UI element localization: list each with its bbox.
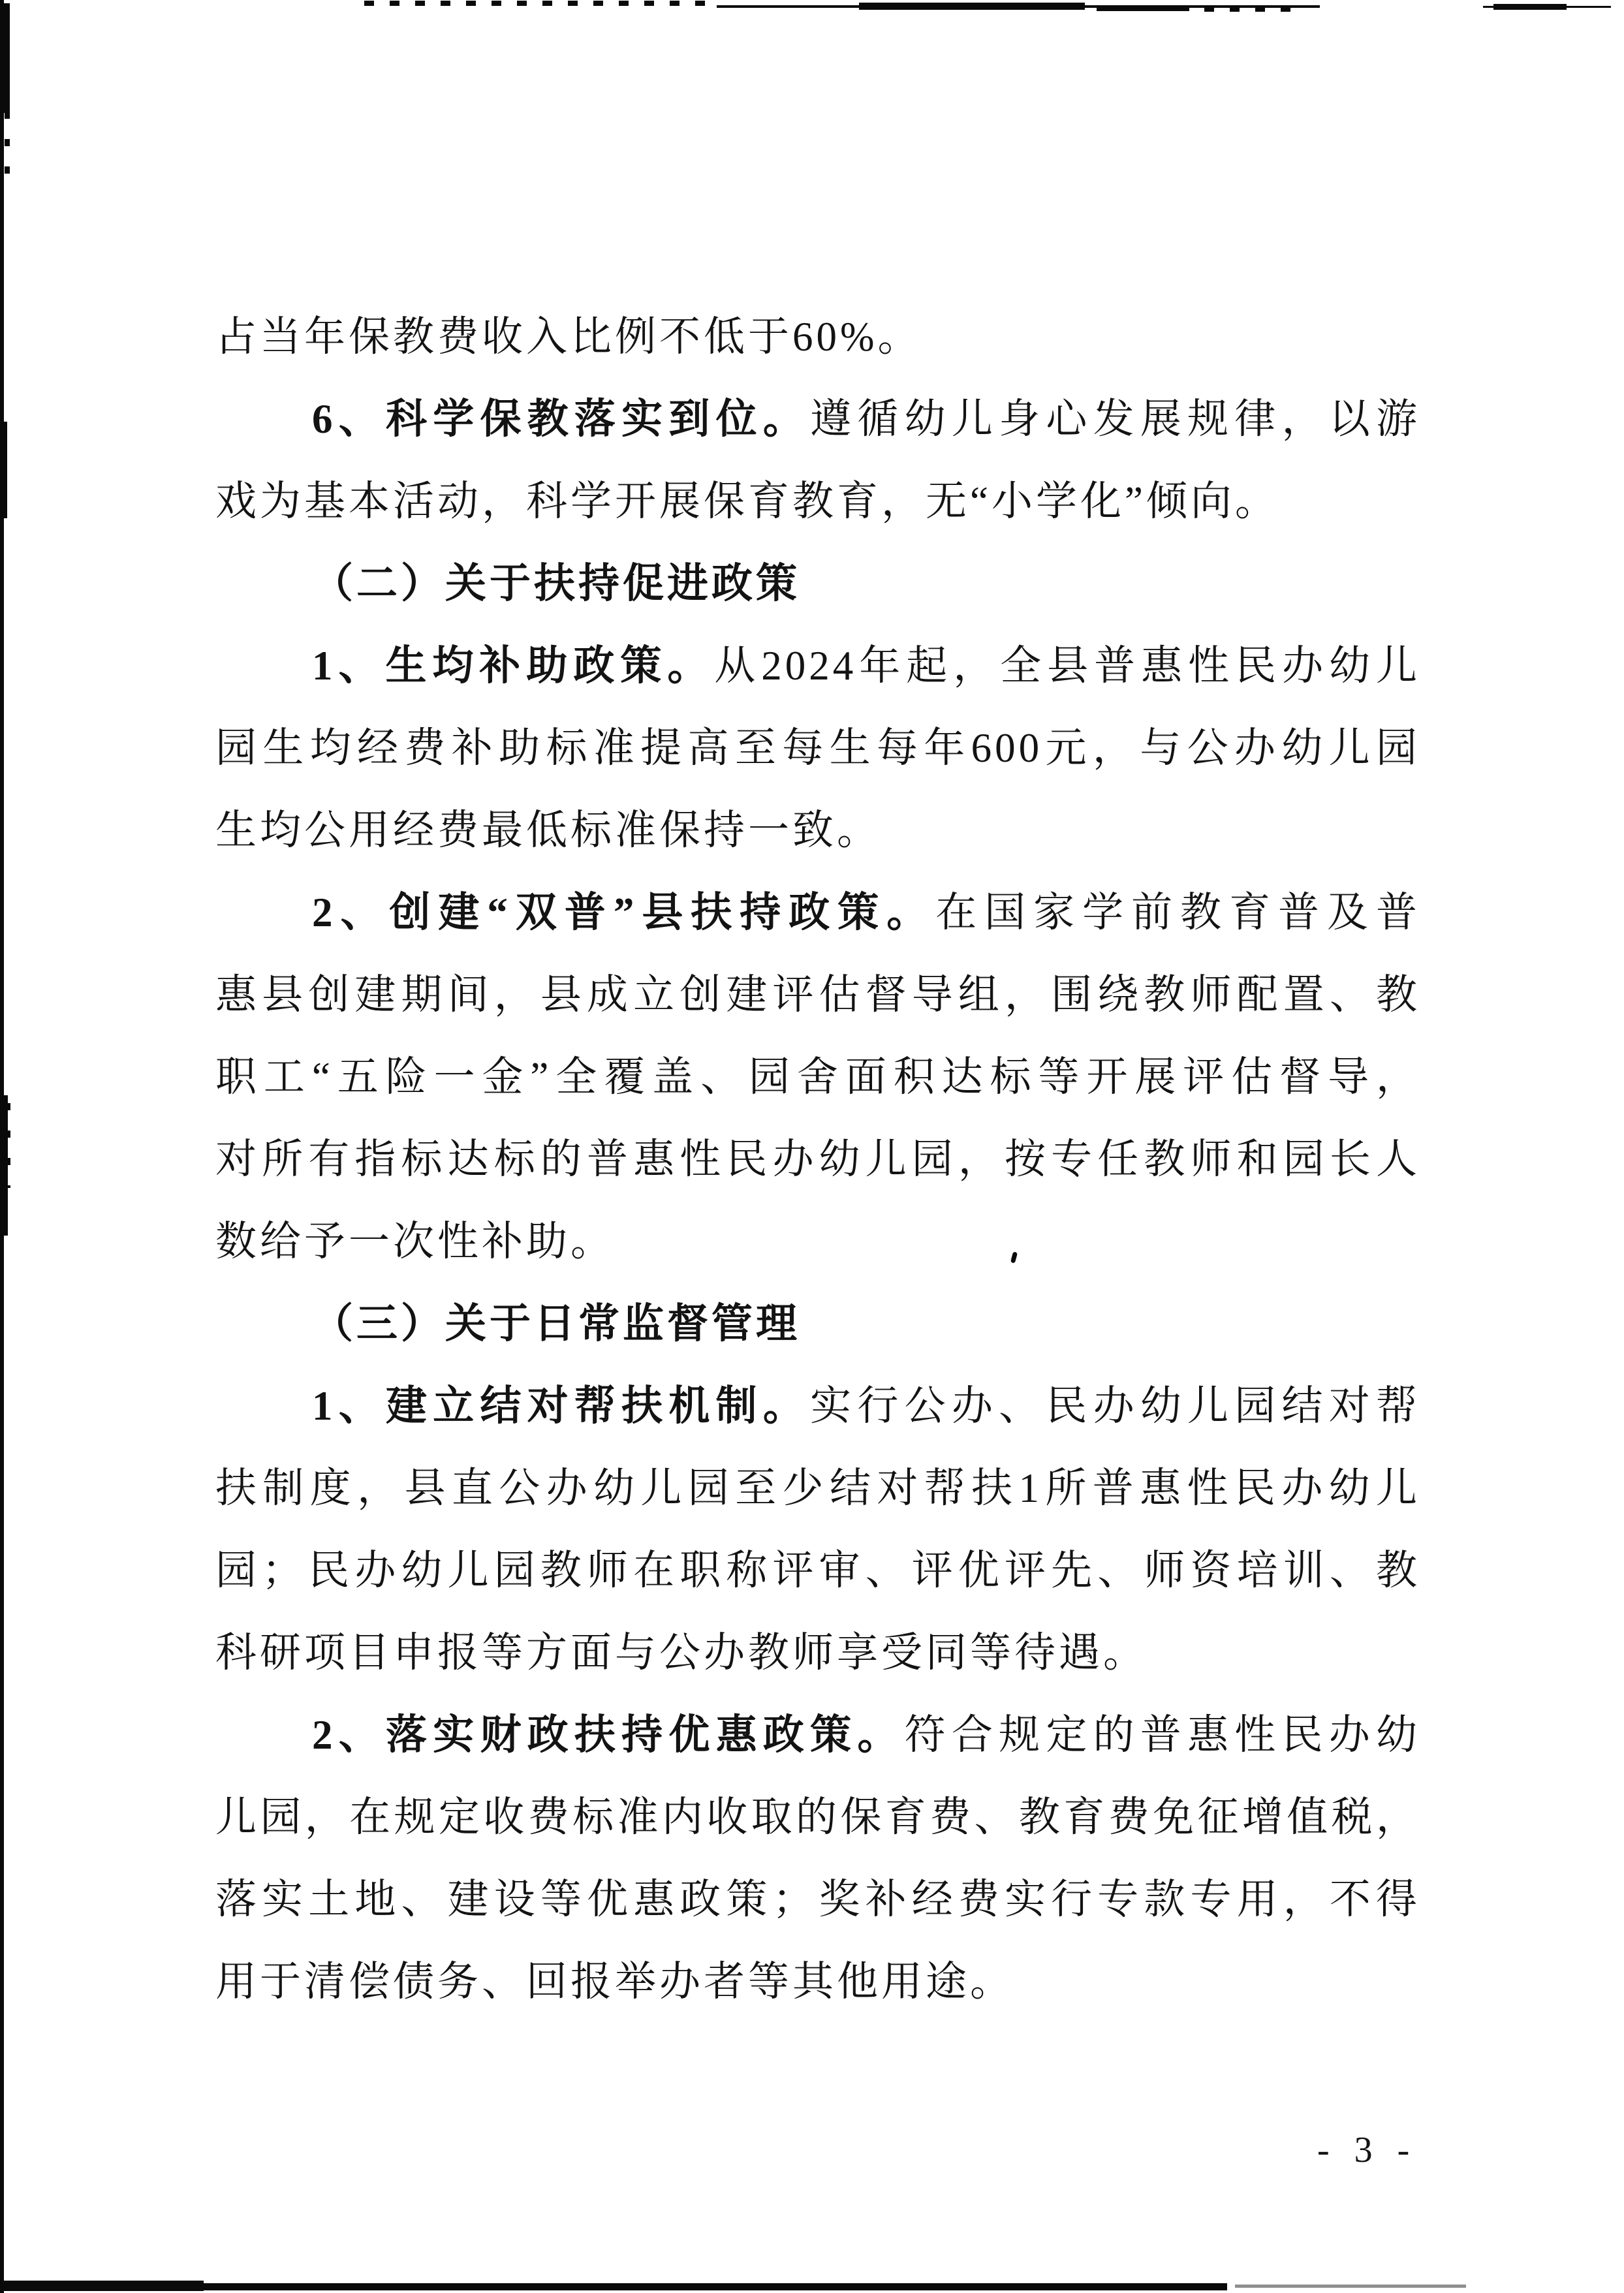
scan-noise-left-ticks-2 <box>5 1103 10 1188</box>
line-text: 扶制度，县直公办幼儿园至少结对帮扶1所普惠性民办幼儿 <box>215 1465 1420 1511</box>
scan-noise-top-dashes <box>1204 7 1291 12</box>
text-line: 数给予一次性补助。 <box>215 1200 1420 1283</box>
section-heading: （二）关于扶持促进政策 <box>215 542 1420 625</box>
scan-noise-left-ticks-1 <box>5 29 10 193</box>
text-line: 1、生均补助政策。从2024年起，全县普惠性民办幼儿 <box>215 625 1420 707</box>
line-text: 园生均经费补助标准提高至每生每年600元，与公办幼儿园 <box>215 725 1420 771</box>
line-text: 生均公用经费最低标准保持一致。 <box>215 807 881 853</box>
page-number: - 3 - <box>1317 2129 1417 2171</box>
line-text: 戏为基本活动，科学开展保育教育，无“小学化”倾向。 <box>215 478 1279 524</box>
line-text: 惠县创建期间，县成立创建评估督导组，围绕教师配置、教 <box>215 972 1420 1018</box>
line-lead: 6、科学保教落实到位。 <box>312 396 810 442</box>
text-line: 生均公用经费最低标准保持一致。 <box>215 789 1420 871</box>
line-lead: 1、生均补助政策。 <box>312 643 714 689</box>
line-text: 数给予一次性补助。 <box>215 1219 615 1264</box>
line-text: 占当年保教费收入比例不低于60%。 <box>215 314 922 360</box>
line-text: 儿园，在规定收费标准内收取的保育费、教育费免征增值税， <box>215 1794 1420 1840</box>
line-text: 符合规定的普惠性民办幼 <box>905 1712 1420 1758</box>
line-text: 园；民办幼儿园教师在职称评审、评优评先、师资培训、教 <box>215 1548 1420 1593</box>
text-line: 儿园，在规定收费标准内收取的保育费、教育费免征增值税， <box>215 1776 1420 1858</box>
line-text: 职工“五险一金”全覆盖、园舍面积达标等开展评估督导， <box>215 1054 1420 1100</box>
scan-noise-top-thick-2 <box>1097 5 1189 11</box>
line-lead: 2、创建“双普”县扶持政策。 <box>312 890 935 935</box>
text-line: 2、落实财政扶持优惠政策。符合规定的普惠性民办幼 <box>215 1694 1420 1776</box>
line-lead: （二）关于扶持促进政策 <box>312 561 800 606</box>
scan-noise-top-right-thick <box>1493 4 1567 10</box>
text-line: 职工“五险一金”全覆盖、园舍面积达标等开展评估督导， <box>215 1036 1420 1118</box>
text-line: 落实土地、建设等优惠政策；奖补经费实行专款专用，不得 <box>215 1858 1420 1941</box>
scan-noise-top-ticks <box>364 1 720 6</box>
text-line: 扶制度，县直公办幼儿园至少结对帮扶1所普惠性民办幼儿 <box>215 1447 1420 1529</box>
line-text: 从2024年起，全县普惠性民办幼儿 <box>714 643 1420 689</box>
text-line: 6、科学保教落实到位。遵循幼儿身心发展规律，以游 <box>215 378 1420 460</box>
text-line: 2、创建“双普”县扶持政策。在国家学前教育普及普 <box>215 871 1420 954</box>
line-text: 实行公办、民办幼儿园结对帮 <box>810 1383 1420 1429</box>
scan-noise-left-thick-2 <box>0 422 7 518</box>
scanned-document-page: 占当年保教费收入比例不低于60%。 6、科学保教落实到位。遵循幼儿身心发展规律，… <box>0 0 1624 2293</box>
text-line: 戏为基本活动，科学开展保育教育，无“小学化”倾向。 <box>215 460 1420 542</box>
document-body: 占当年保教费收入比例不低于60%。 6、科学保教落实到位。遵循幼儿身心发展规律，… <box>215 296 1420 2023</box>
text-line: 园生均经费补助标准提高至每生每年600元，与公办幼儿园 <box>215 707 1420 789</box>
section-heading: （三）关于日常监督管理 <box>215 1283 1420 1365</box>
line-text: 对所有指标达标的普惠性民办幼儿园，按专任教师和园长人 <box>215 1136 1420 1182</box>
text-line: 惠县创建期间，县成立创建评估督导组，围绕教师配置、教 <box>215 954 1420 1036</box>
text-line: 科研项目申报等方面与公办教师享受同等待遇。 <box>215 1612 1420 1694</box>
line-text: 落实土地、建设等优惠政策；奖补经费实行专款专用，不得 <box>215 1877 1420 1922</box>
text-line: 占当年保教费收入比例不低于60%。 <box>215 296 1420 378</box>
line-lead: （三）关于日常监督管理 <box>312 1301 800 1347</box>
scan-noise-top-thick-1 <box>859 3 1085 10</box>
scan-noise-bottom-faint-line <box>1235 2285 1466 2288</box>
text-line: 对所有指标达标的普惠性民办幼儿园，按专任教师和园长人 <box>215 1118 1420 1200</box>
text-line: 1、建立结对帮扶机制。实行公办、民办幼儿园结对帮 <box>215 1365 1420 1447</box>
line-text: 用于清偿债务、回报举办者等其他用途。 <box>215 1959 1014 2004</box>
line-lead: 2、落实财政扶持优惠政策。 <box>312 1712 905 1758</box>
line-lead: 1、建立结对帮扶机制。 <box>312 1383 810 1429</box>
line-text: 遵循幼儿身心发展规律，以游 <box>810 396 1420 442</box>
text-line: 用于清偿债务、回报举办者等其他用途。 <box>215 1941 1420 2023</box>
line-text: 在国家学前教育普及普 <box>935 890 1420 935</box>
scan-noise-bottom-line <box>0 2283 1227 2290</box>
text-line: 园；民办幼儿园教师在职称评审、评优评先、师资培训、教 <box>215 1529 1420 1612</box>
line-text: 科研项目申报等方面与公办教师享受同等待遇。 <box>215 1630 1148 1676</box>
